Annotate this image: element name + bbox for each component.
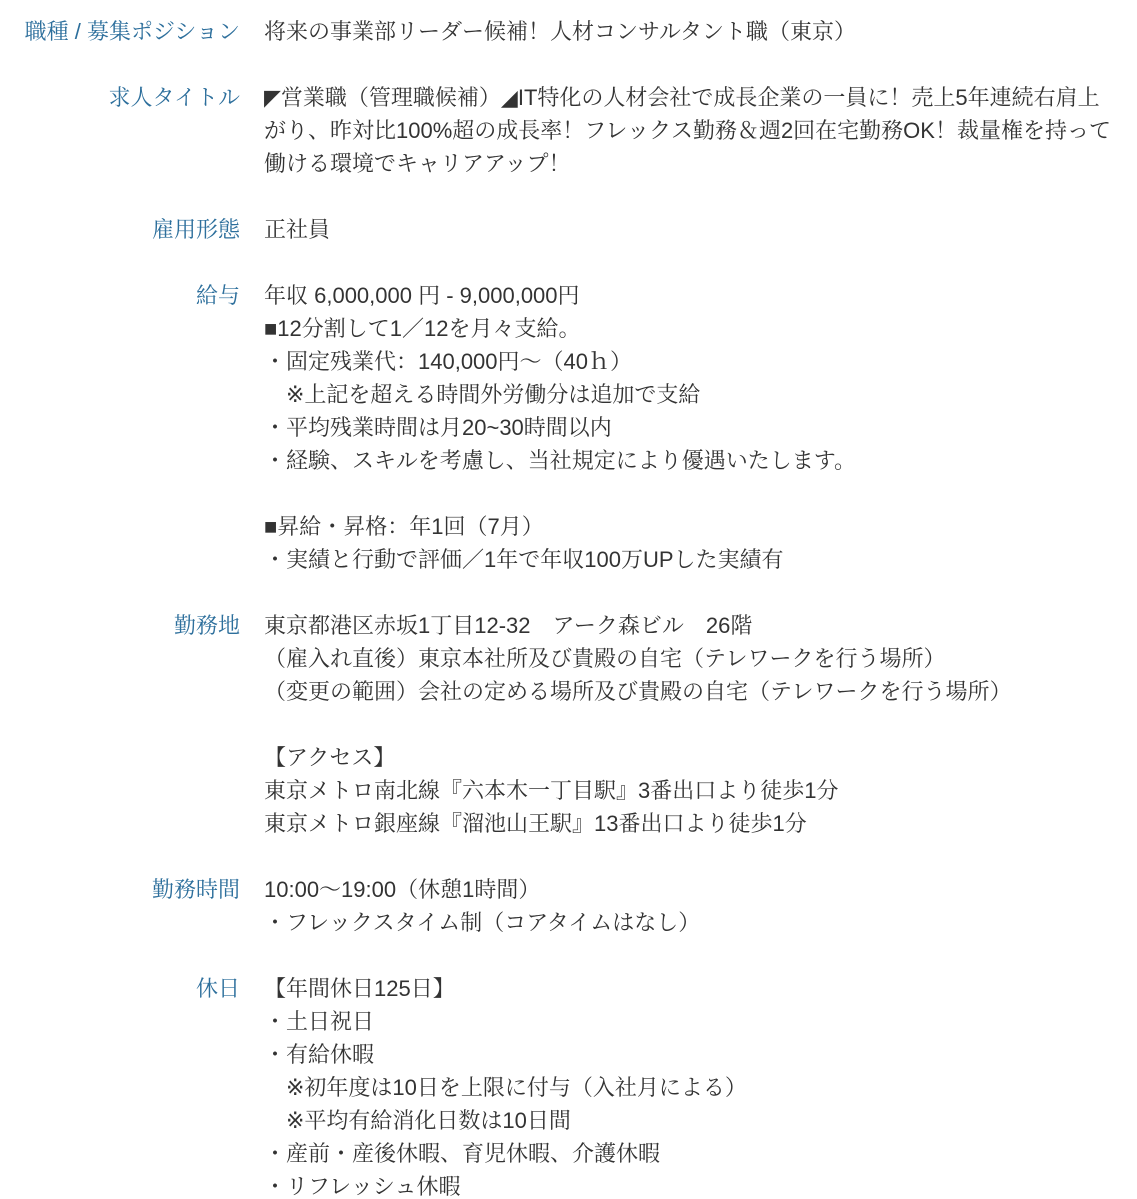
row-value: 【年間休日125日】・土日祝日・有給休暇 ※初年度は10日を上限に付与（入社月に… — [264, 972, 1116, 1199]
row-value-line: ・フレックスタイム制（コアタイムはなし） — [264, 906, 1116, 939]
job-detail-row: 給与 年収 6,000,000 円 - 9,000,000円■12分割して1／1… — [0, 279, 1137, 576]
row-label: 休日 — [0, 972, 240, 1005]
row-value-line: 東京メトロ南北線『六本木一丁目駅』3番出口より徒歩1分 — [264, 774, 1116, 807]
row-label: 雇用形態 — [0, 213, 240, 246]
row-value-line: ・リフレッシュ休暇 — [264, 1170, 1116, 1199]
row-value: 10:00～19:00（休憩1時間）・フレックスタイム制（コアタイムはなし） — [264, 873, 1116, 939]
row-label: 勤務地 — [0, 609, 240, 642]
row-label: 職種 / 募集ポジション — [0, 15, 240, 48]
job-detail-row: 職種 / 募集ポジション 将来の事業部リーダー候補！人材コンサルタント職（東京） — [0, 15, 1137, 48]
row-value-line: ・経験、スキルを考慮し、当社規定により優遇いたします。 — [264, 444, 1116, 477]
job-detail-row: 休日 【年間休日125日】・土日祝日・有給休暇 ※初年度は10日を上限に付与（入… — [0, 972, 1137, 1199]
row-value: 正社員 — [264, 213, 1116, 246]
row-value-line: 東京都港区赤坂1丁目12-32 アーク森ビル 26階 — [264, 609, 1116, 642]
row-value-line: ・平均残業時間は月20~30時間以内 — [264, 411, 1116, 444]
row-value-line: （雇入れ直後）東京本社所及び貴殿の自宅（テレワークを行う場所） — [264, 642, 1116, 675]
row-value: ◤営業職（管理職候補）◢IT特化の人材会社で成長企業の一員に！売上5年連続右肩上… — [264, 81, 1116, 180]
row-value-line: 10:00～19:00（休憩1時間） — [264, 873, 1116, 906]
row-value: 東京都港区赤坂1丁目12-32 アーク森ビル 26階（雇入れ直後）東京本社所及び… — [264, 609, 1116, 840]
row-label: 給与 — [0, 279, 240, 312]
row-value-line: ・産前・産後休暇、育児休暇、介護休暇 — [264, 1137, 1116, 1170]
row-value-line — [264, 708, 1116, 741]
row-value: 将来の事業部リーダー候補！人材コンサルタント職（東京） — [264, 15, 1116, 48]
row-value-line: ・固定残業代：140,000円～（40ｈ） — [264, 345, 1116, 378]
row-value-line: ※上記を超える時間外労働分は追加で支給 — [264, 378, 1116, 411]
job-detail-table: 職種 / 募集ポジション 将来の事業部リーダー候補！人材コンサルタント職（東京）… — [0, 0, 1137, 1199]
row-value-line: ■12分割して1／12を月々支給。 — [264, 312, 1116, 345]
row-value-line: 東京メトロ銀座線『溜池山王駅』13番出口より徒歩1分 — [264, 807, 1116, 840]
row-value-line: ■昇給・昇格：年1回（7月） — [264, 510, 1116, 543]
row-label: 勤務時間 — [0, 873, 240, 906]
job-detail-row: 求人タイトル ◤営業職（管理職候補）◢IT特化の人材会社で成長企業の一員に！売上… — [0, 81, 1137, 180]
row-value-line: 年収 6,000,000 円 - 9,000,000円 — [264, 279, 1116, 312]
row-value: 年収 6,000,000 円 - 9,000,000円■12分割して1／12を月… — [264, 279, 1116, 576]
row-value-line: 将来の事業部リーダー候補！人材コンサルタント職（東京） — [264, 15, 1116, 48]
row-label: 求人タイトル — [0, 81, 240, 114]
row-value-line: ・土日祝日 — [264, 1005, 1116, 1038]
row-value-line: 【年間休日125日】 — [264, 972, 1116, 1005]
row-value-line: 正社員 — [264, 213, 1116, 246]
row-value-line: 【アクセス】 — [264, 741, 1116, 774]
row-value-line — [264, 477, 1116, 510]
row-value-line: ・実績と行動で評価／1年で年収100万UPした実績有 — [264, 543, 1116, 576]
job-detail-row: 勤務地 東京都港区赤坂1丁目12-32 アーク森ビル 26階（雇入れ直後）東京本… — [0, 609, 1137, 840]
row-value-line: ※初年度は10日を上限に付与（入社月による） — [264, 1071, 1116, 1104]
row-value-line: ・有給休暇 — [264, 1038, 1116, 1071]
row-value-line: ※平均有給消化日数は10日間 — [264, 1104, 1116, 1137]
job-detail-row: 勤務時間 10:00～19:00（休憩1時間）・フレックスタイム制（コアタイムは… — [0, 873, 1137, 939]
row-value-line: ◤営業職（管理職候補）◢IT特化の人材会社で成長企業の一員に！売上5年連続右肩上… — [264, 81, 1116, 180]
row-value-line: （変更の範囲）会社の定める場所及び貴殿の自宅（テレワークを行う場所） — [264, 675, 1116, 708]
job-detail-row: 雇用形態 正社員 — [0, 213, 1137, 246]
